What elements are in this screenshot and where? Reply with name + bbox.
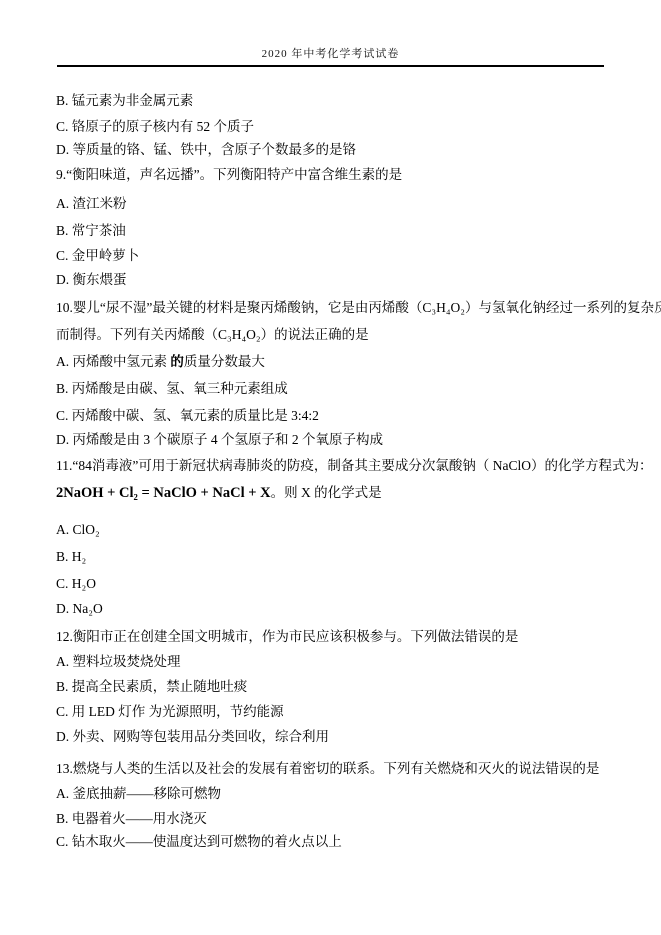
text-line: C. 金甲岭萝卜	[56, 247, 139, 264]
text-line: B. H₂	[56, 548, 86, 565]
text-line: C. 钻木取火——使温度达到可燃物的着火点以上	[56, 833, 342, 850]
text-line: D. 丙烯酸是由 3 个碳原子 4 个氢原子和 2 个氧原子构成	[56, 431, 383, 448]
text-line: A. 釜底抽薪——移除可燃物	[56, 785, 221, 802]
chemical-equation: 2NaOH + Cl₂ = NaClO + NaCl + X	[56, 485, 271, 501]
header-divider-line	[57, 65, 604, 67]
text-line: C. 用 LED 灯作 为光源照明，节约能源	[56, 703, 284, 720]
text-line: D. 外卖、网购等包装用品分类回收，综合利用	[56, 728, 329, 745]
text-part: 。则 X 的化学式是	[271, 485, 382, 500]
text-part: A. 丙烯酸中氢元素	[56, 354, 170, 369]
text-line: C. 铬原子的原子核内有 52 个质子	[56, 118, 254, 135]
text-line: A. 渣江米粉	[56, 195, 127, 212]
text-line: B. 提高全民素质，禁止随地吐痰	[56, 678, 247, 695]
text-line: 10.婴儿“尿不湿”最关键的材料是聚丙烯酸钠，它是由丙烯酸（C₃H₄O₂）与氢氧…	[56, 299, 661, 316]
text-line: C. 丙烯酸中碳、氢、氧元素的质量比是 3:4:2	[56, 407, 319, 424]
text-line: 12.衡阳市正在创建全国文明城市，作为市民应该积极参与。下列做法错误的是	[56, 628, 518, 645]
text-line: 而制得。下列有关丙烯酸（C₃H₄O₂）的说法正确的是	[56, 326, 369, 343]
text-line: D. 等质量的铬、锰、铁中，含原子个数最多的是铬	[56, 141, 356, 158]
text-line: 11.“84消毒液”可用于新冠状病毒肺炎的防疫，制备其主要成分次氯酸钠（ NaC…	[56, 457, 652, 474]
text-line: A. 丙烯酸中氢元素 的质量分数最大	[56, 353, 265, 370]
text-line: A. ClO₂	[56, 521, 100, 538]
text-line: B. 电器着火——用水浇灭	[56, 810, 207, 827]
text-line: D. 衡东煨蛋	[56, 271, 127, 288]
text-line: B. 丙烯酸是由碳、氢、氧三种元素组成	[56, 380, 288, 397]
text-line: A. 塑料垃圾焚烧处理	[56, 653, 181, 670]
text-line: D. Na₂O	[56, 600, 103, 617]
text-part: 质量分数最大	[184, 354, 265, 369]
text-line: 2NaOH + Cl₂ = NaClO + NaCl + X。则 X 的化学式是	[56, 484, 382, 502]
text-part: 的	[170, 354, 184, 369]
page-header-title: 2020 年中考化学考试试卷	[57, 45, 604, 61]
text-line: 13.燃烧与人类的生活以及社会的发展有着密切的联系。下列有关燃烧和灭火的说法错误…	[56, 760, 599, 777]
text-line: B. 常宁茶油	[56, 222, 126, 239]
text-line: C. H₂O	[56, 575, 96, 592]
text-line: 9.“衡阳味道，声名远播”。下列衡阳特产中富含维生素的是	[56, 166, 402, 183]
text-line: B. 锰元素为非金属元素	[56, 92, 193, 109]
exam-document-page: 2020 年中考化学考试试卷 B. 锰元素为非金属元素C. 铬原子的原子核内有 …	[0, 0, 661, 935]
